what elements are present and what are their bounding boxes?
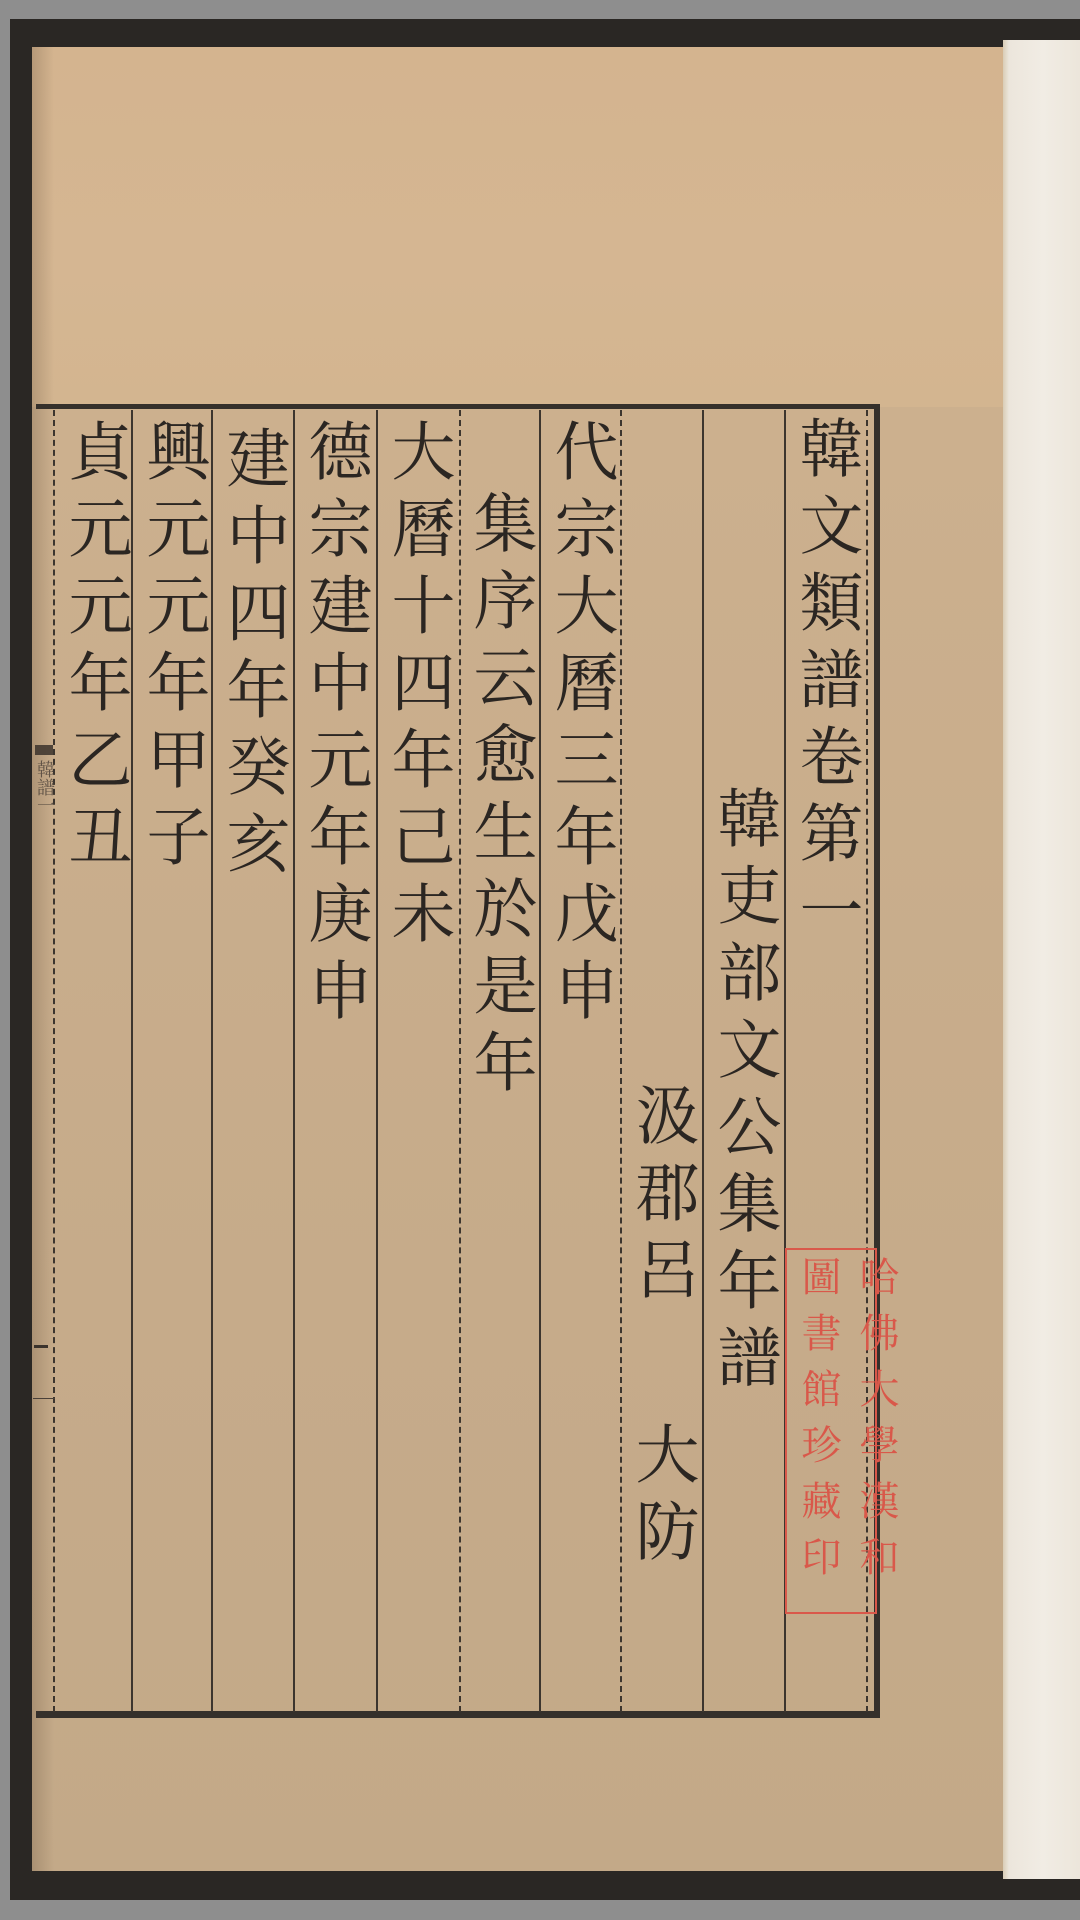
entry-column: 興元元年甲子 bbox=[132, 418, 212, 880]
entry-column: 大曆十四年己未 bbox=[377, 418, 457, 957]
author-column: 汲郡呂 大防 bbox=[621, 1082, 701, 1575]
entry-column: 代宗大曆三年戊申 bbox=[540, 418, 620, 1034]
seal-left-column: 圖書館珍藏印 bbox=[789, 1256, 847, 1606]
fold-margin-page-number bbox=[34, 1345, 48, 1348]
entry-column: 貞元元年乙丑 bbox=[54, 418, 134, 880]
title-column: 韓文類譜卷第一 bbox=[785, 415, 865, 954]
subtitle-text: 韓吏部文公集年譜 bbox=[705, 785, 782, 1401]
title-text: 韓文類譜卷第一 bbox=[787, 415, 864, 954]
subtitle-column: 韓吏部文公集年譜 bbox=[703, 785, 783, 1401]
fold-margin-label: 韓譜一 bbox=[34, 760, 54, 814]
upper-margin bbox=[32, 47, 1003, 407]
entry-column-indented: 集序云愈生於是年 bbox=[459, 490, 539, 1106]
seal-right-column: 哈佛大學漢和 bbox=[847, 1256, 905, 1606]
fold-margin-rule bbox=[33, 1398, 55, 1399]
author-place: 汲郡呂 bbox=[623, 1082, 700, 1313]
entry-column: 建中四年癸亥 bbox=[212, 425, 292, 887]
underlying-pages bbox=[1003, 40, 1080, 1879]
fold-margin-fishtail bbox=[35, 745, 53, 755]
library-seal: 哈佛大學漢和 圖書館珍藏印 bbox=[785, 1248, 877, 1614]
author-name: 大防 bbox=[623, 1421, 700, 1575]
entry-column: 德宗建中元年庚申 bbox=[294, 418, 374, 1034]
